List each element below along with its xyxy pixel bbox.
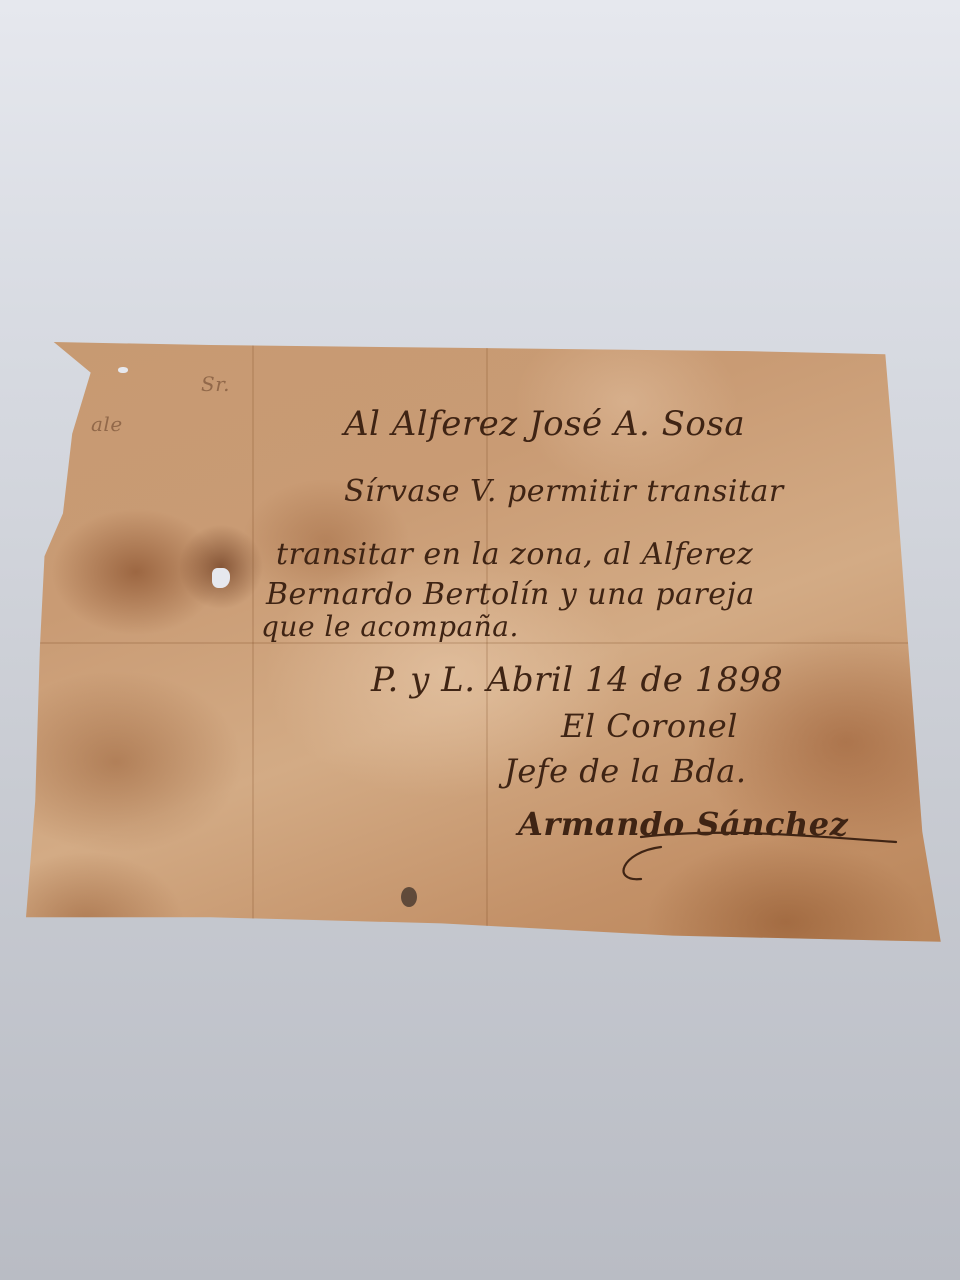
addressee-line: Al Alferez José A. Sosa (344, 404, 745, 444)
margin-note: ale (91, 412, 123, 436)
signature-flourish-icon (601, 827, 901, 887)
body-line: transitar en la zona, al Alferez (276, 537, 753, 572)
ink-blot (401, 887, 417, 907)
body-line: que le acompaña. (261, 610, 519, 643)
place-date-line: P. y L. Abril 14 de 1898 (371, 660, 783, 700)
paper-hole (118, 367, 128, 373)
rank-line: El Coronel (561, 707, 738, 745)
post-line: Jefe de la Bda. (504, 752, 747, 790)
margin-note: Sr. (201, 372, 230, 396)
body-line: Bernardo Bertolín y una pareja (266, 577, 755, 612)
body-line: Sírvase V. permitir transitar (344, 474, 784, 509)
paper-hole (212, 568, 230, 588)
document-paper: Sr. ale Al Alferez José A. Sosa Sírvase … (26, 342, 950, 954)
